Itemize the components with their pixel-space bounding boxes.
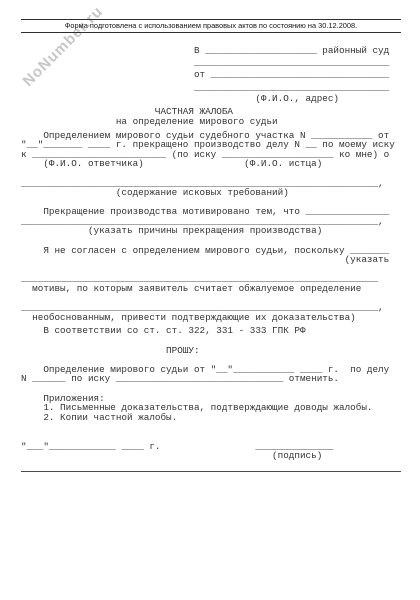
doc-subtitle: на определение мирового судьи [21,117,420,127]
legal-basis-line: В соответствии со ст. ст. 322, 331 - 333… [21,326,420,336]
doc-line: (указать [21,255,420,265]
attachment-item: 2. Копии частной жалобы. [21,413,420,423]
from-line: от ________________________________ [21,69,420,81]
termination-caption: (указать причины прекращения производств… [21,226,420,236]
court-blank-line: ___________________________________ [21,57,420,69]
spacer [21,422,420,432]
bottom-rule [21,471,401,472]
document-page: NoNumber.ru Форма подготовлена с использ… [0,0,420,600]
fio-address-caption: (Ф.И.О., адрес) [21,94,420,104]
fio-captions-line: (Ф.И.О. ответчика) (Ф.И.О. истца) [21,159,420,169]
signature-caption: (подпись) [21,451,420,461]
claims-caption: (содержание исковых требований) [21,188,420,198]
from-blank-line: ___________________________________ [21,82,420,94]
doc-line: N ______ по иску _______________________… [21,374,420,384]
request-heading: ПРОШУ: [21,346,420,356]
evidence-caption: необоснованным, привести подтверждающие … [21,313,420,323]
prepared-note: Форма подготовлена с использованием прав… [21,19,401,33]
court-name-line: В ____________________ районный суд [21,45,420,57]
motives-caption: мотивы, по которым заявитель считает обж… [21,284,420,294]
document-body: В ____________________ районный суд ____… [21,45,420,461]
